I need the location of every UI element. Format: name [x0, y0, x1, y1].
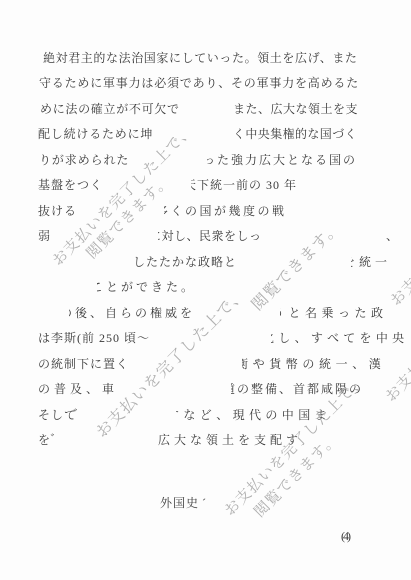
text-segment: 道の整備、首都咸陽の — [223, 383, 363, 395]
text-segment: また、広大な領土を支 — [233, 103, 358, 115]
text-segment: の普及、車 — [38, 383, 118, 395]
text-segment: を統一 — [343, 256, 391, 268]
text-segment: った強力広大となる国の — [203, 154, 357, 166]
text-segment: 抜ける — [38, 205, 77, 217]
watermark-line1: お支払いを完了した上で、 — [383, 258, 411, 405]
text-segment: く中央集権的な国づく — [233, 128, 357, 140]
text-segment: 衡や貨幣の統一、漢 — [236, 358, 385, 370]
text-segment: を — [38, 434, 51, 446]
footer-title: 外国史 — [160, 497, 199, 509]
text-segment: 弱 — [38, 230, 51, 242]
watermark-line2: 閲覧できます。 — [252, 388, 385, 521]
text-segment: の統制下に置く — [38, 358, 129, 370]
text-segment: 基盤をつく — [38, 179, 103, 191]
watermark-tile: お支払いを完了した上で、閲覧できます。 — [222, 372, 384, 534]
text-segment: は李斯(前 250 頃〜 — [38, 332, 150, 344]
text-segment: 配し続けるために坤 — [38, 128, 153, 140]
text-segment: うと名乗った政 — [272, 307, 388, 319]
text-segment: ゙ — [77, 409, 78, 421]
text-segment: 広大な領土を支配す — [158, 434, 302, 446]
text-segment: の後、自らの権威を — [60, 307, 195, 319]
text-segment: 天下統一前の 30 年 — [184, 179, 297, 191]
watermark-line2: 閲覧できます。 — [249, 219, 344, 314]
page-number: (4) — [341, 530, 349, 542]
text-segment: したたかな政略と — [133, 256, 237, 268]
text-segment: 絶対君主的な法治国家にしていった。領土を広げ、また — [43, 52, 358, 64]
text-segment: に対し、民衆をしっ — [149, 230, 262, 242]
text-segment: りが求められた — [39, 154, 129, 166]
watermark-line1: お支払いを完了した上で、 — [50, 122, 197, 269]
text-segment: すなど、現代の中国ま — [167, 409, 331, 421]
text-segment: めに法の確立が不可欠で — [40, 103, 180, 115]
text-segment: 守るために軍事力は必須であり、その軍事力を高めるた — [39, 77, 359, 89]
text-segment: 化し、すべてを中央 — [262, 332, 408, 344]
page: 絶対君主的な法治国家にしていった。領土を広げ、また守るために軍事力は必須であり、… — [0, 0, 411, 580]
footer-mark: ´ — [202, 497, 207, 509]
text-segment: ことができた。 — [91, 281, 196, 293]
text-segment: ゙ — [54, 434, 55, 446]
text-segment: 、 — [386, 230, 399, 242]
text-segment: そして — [38, 409, 77, 421]
text-segment: 多くの国が幾度の戦 — [156, 205, 287, 217]
